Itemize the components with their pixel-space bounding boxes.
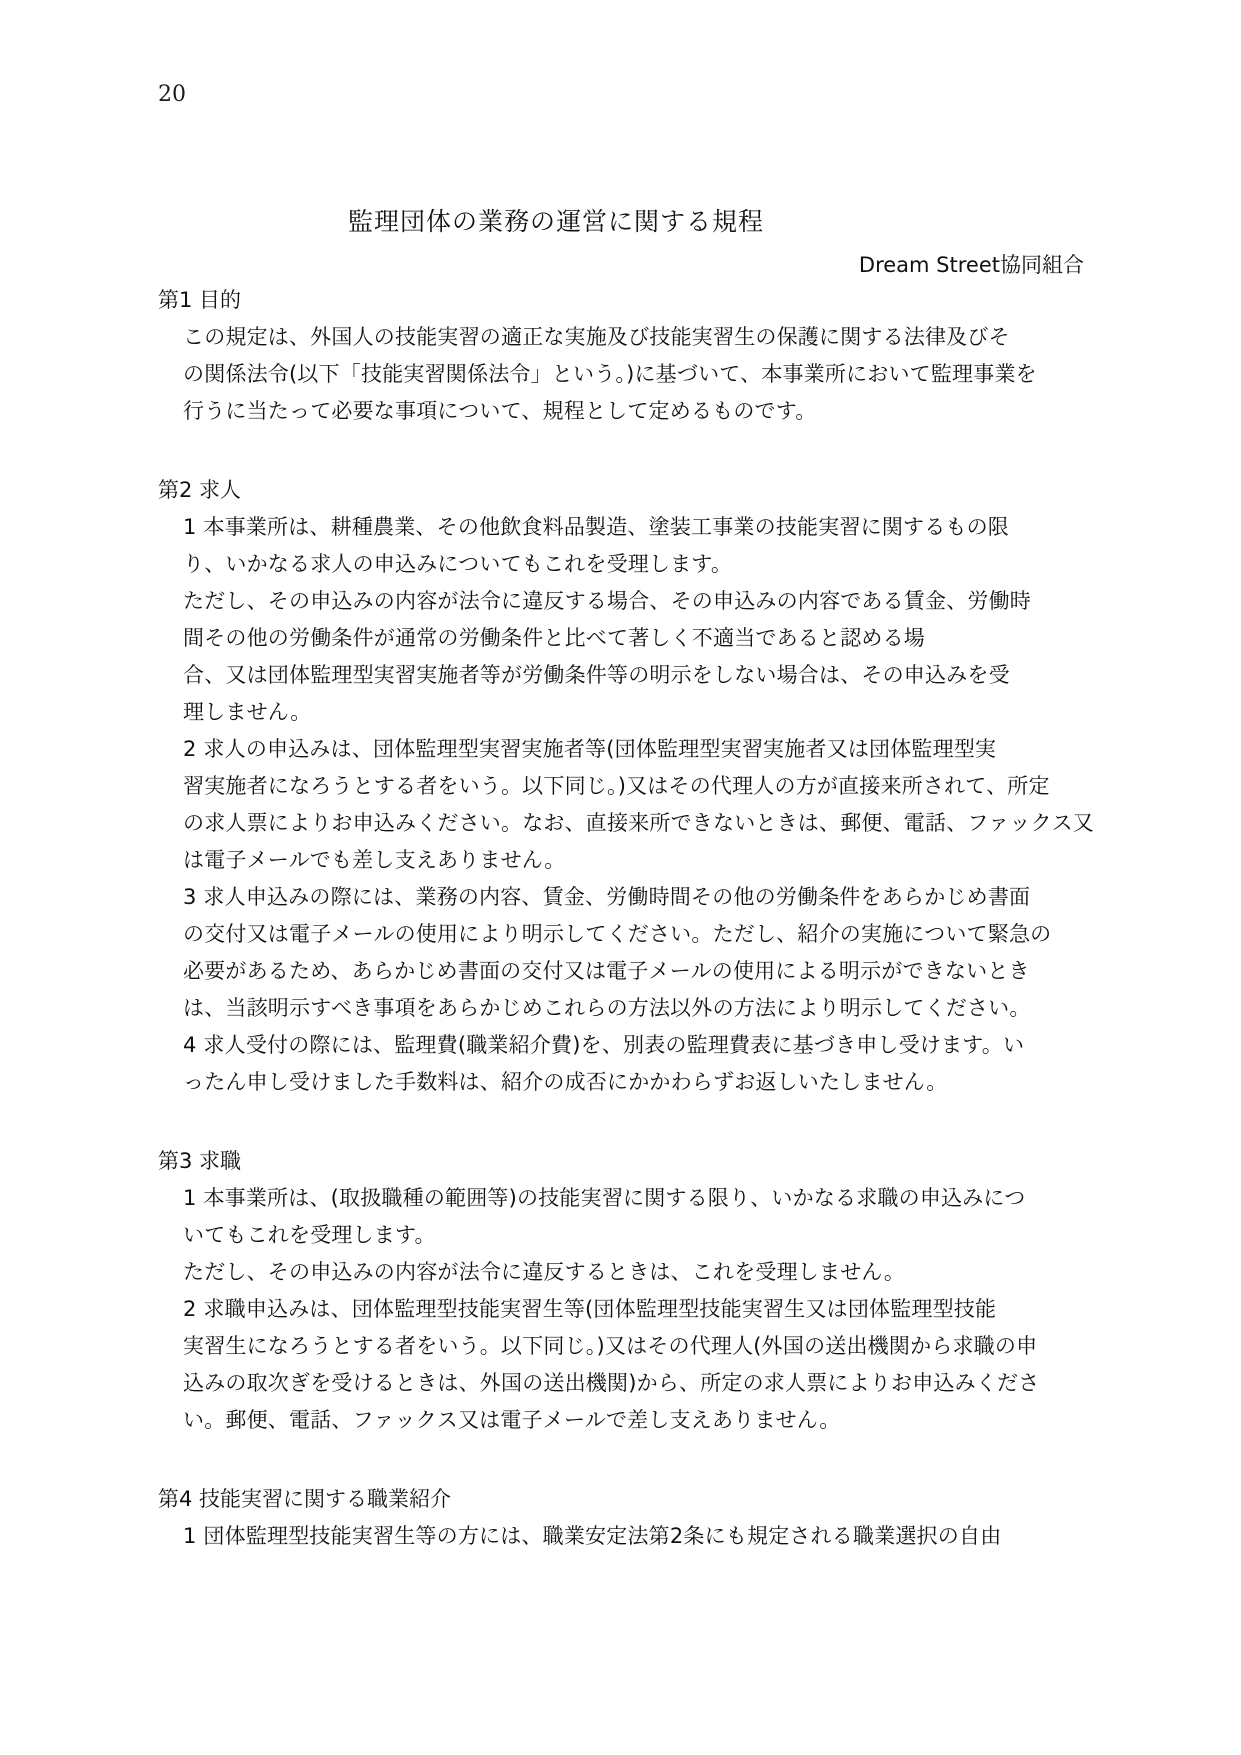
body-line: 間その他の労働条件が通常の労働条件と比べて著しく不適当であると認める場 bbox=[183, 620, 1118, 657]
body-line: この規定は、外国人の技能実習の適正な実施及び技能実習生の保護に関する法律及びそ bbox=[183, 319, 1118, 356]
body-line: 合、又は団体監理型実習実施者等が労働条件等の明示をしない場合は、その申込みを受 bbox=[183, 657, 1118, 694]
section-heading: 第3 求職 bbox=[158, 1143, 1118, 1180]
body-line: 4 求人受付の際には、監理費(職業紹介費)を、別表の監理費表に基づき申し受けます… bbox=[183, 1027, 1118, 1064]
body-line: 習実施者になろうとする者をいう。以下同じ。)又はその代理人の方が直接来所されて、… bbox=[183, 768, 1118, 805]
page-number: 20 bbox=[158, 82, 186, 107]
body-line: 2 求人の申込みは、団体監理型実習実施者等(団体監理型実習実施者又は団体監理型実 bbox=[183, 731, 1118, 768]
body-line: 行うに当たって必要な事項について、規程として定めるものです。 bbox=[183, 393, 1118, 430]
body-line: の関係法令(以下「技能実習関係法令」という。)に基づいて、本事業所において監理事… bbox=[183, 356, 1118, 393]
document-title: 監理団体の業務の運営に関する規程 bbox=[0, 202, 1112, 238]
body-line: の交付又は電子メールの使用により明示してください。ただし、紹介の実施について緊急… bbox=[183, 916, 1118, 953]
body-line: 1 本事業所は、(取扱職種の範囲等)の技能実習に関する限り、いかなる求職の申込み… bbox=[183, 1180, 1118, 1217]
body-line: 2 求職申込みは、団体監理型技能実習生等(団体監理型技能実習生又は団体監理型技能 bbox=[183, 1291, 1118, 1328]
body-line: いてもこれを受理します。 bbox=[183, 1217, 1118, 1254]
organization-name: Dream Street協同組合 bbox=[158, 249, 1084, 279]
section-1: 第1 目的この規定は、外国人の技能実習の適正な実施及び技能実習生の保護に関する法… bbox=[158, 282, 1118, 430]
body-line: 理しません。 bbox=[183, 694, 1118, 731]
section-2: 第2 求人1 本事業所は、耕種農業、その他飲食料品製造、塗装工事業の技能実習に関… bbox=[158, 472, 1118, 1101]
document-page: 20 監理団体の業務の運営に関する規程 Dream Street協同組合 第1 … bbox=[0, 0, 1241, 1755]
body-line: い。郵便、電話、ファックス又は電子メールで差し支えありません。 bbox=[183, 1402, 1118, 1439]
body-line: 1 本事業所は、耕種農業、その他飲食料品製造、塗装工事業の技能実習に関するもの限 bbox=[183, 509, 1118, 546]
body-line: ただし、その申込みの内容が法令に違反するときは、これを受理しません。 bbox=[183, 1254, 1118, 1291]
section-heading: 第2 求人 bbox=[158, 472, 1118, 509]
section-heading: 第1 目的 bbox=[158, 282, 1118, 319]
body-line: 必要があるため、あらかじめ書面の交付又は電子メールの使用による明示ができないとき bbox=[183, 953, 1118, 990]
document-body: 第1 目的この規定は、外国人の技能実習の適正な実施及び技能実習生の保護に関する法… bbox=[158, 282, 1118, 1597]
body-line: ただし、その申込みの内容が法令に違反する場合、その申込みの内容である賃金、労働時 bbox=[183, 583, 1118, 620]
body-line: 3 求人申込みの際には、業務の内容、賃金、労働時間その他の労働条件をあらかじめ書… bbox=[183, 879, 1118, 916]
body-line: は電子メールでも差し支えありません。 bbox=[183, 842, 1118, 879]
body-line: 実習生になろうとする者をいう。以下同じ。)又はその代理人(外国の送出機関から求職… bbox=[183, 1328, 1118, 1365]
body-line: の求人票によりお申込みください。なお、直接来所できないときは、郵便、電話、ファッ… bbox=[183, 805, 1118, 842]
body-line: 込みの取次ぎを受けるときは、外国の送出機関)から、所定の求人票によりお申込みくだ… bbox=[183, 1365, 1118, 1402]
section-4: 第4 技能実習に関する職業紹介1 団体監理型技能実習生等の方には、職業安定法第2… bbox=[158, 1481, 1118, 1555]
body-line: り、いかなる求人の申込みについてもこれを受理します。 bbox=[183, 546, 1118, 583]
body-line: 1 団体監理型技能実習生等の方には、職業安定法第2条にも規定される職業選択の自由 bbox=[183, 1518, 1118, 1555]
section-3: 第3 求職1 本事業所は、(取扱職種の範囲等)の技能実習に関する限り、いかなる求… bbox=[158, 1143, 1118, 1439]
body-line: ったん申し受けました手数料は、紹介の成否にかかわらずお返しいたしません。 bbox=[183, 1064, 1118, 1101]
body-line: は、当該明示すべき事項をあらかじめこれらの方法以外の方法により明示してください。 bbox=[183, 990, 1118, 1027]
section-heading: 第4 技能実習に関する職業紹介 bbox=[158, 1481, 1118, 1518]
